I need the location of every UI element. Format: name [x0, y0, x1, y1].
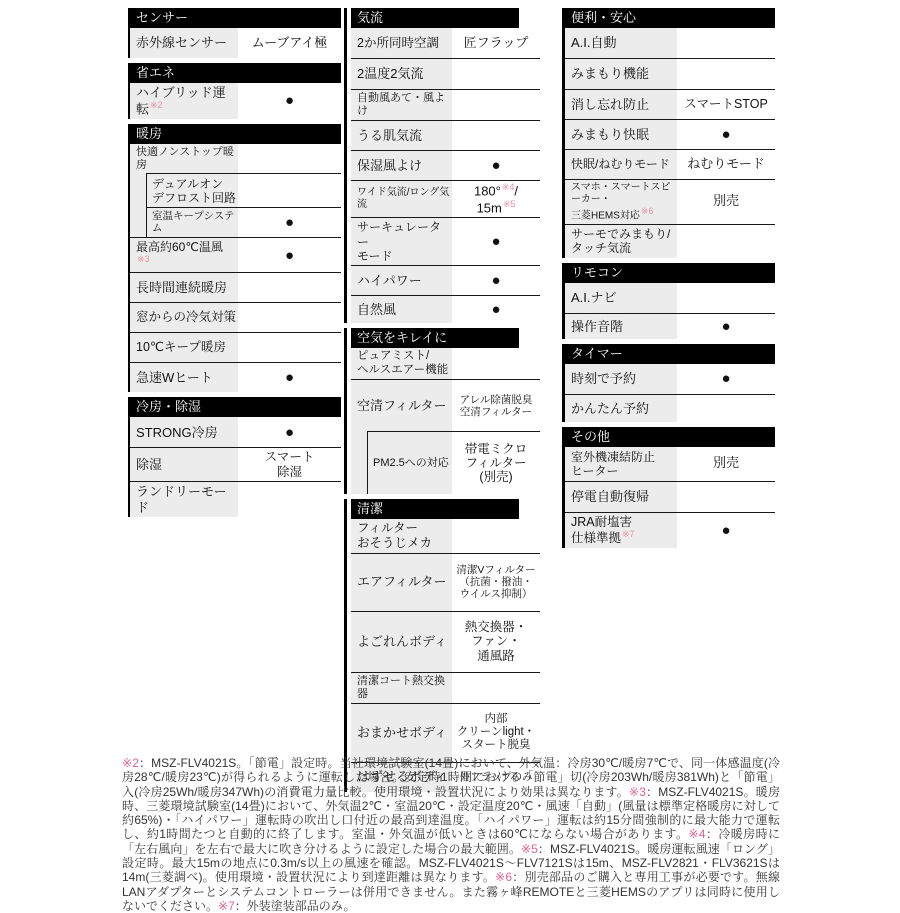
row-label: 急速Wヒート	[130, 363, 238, 392]
spec-row: 長時間連続暖房	[130, 273, 341, 303]
spec-row: ハイパワー●	[351, 266, 540, 296]
spec-row: 急速Wヒート●	[130, 363, 341, 392]
row-value	[677, 482, 775, 512]
spec-column-3: 便利・安心A.I.自動みまもり機能消し忘れ防止スマートSTOPみまもり快眠●快眠…	[562, 8, 775, 553]
spec-row: A.I.ナビ	[565, 283, 775, 314]
bullet-dot: ●	[677, 364, 775, 394]
spec-row: ランドリーモード	[130, 482, 341, 517]
row-label: サーキュレーター モード	[351, 218, 452, 264]
spec-table: 冷房・除湿STRONG冷房●除湿スマート 除湿ランドリーモード	[128, 397, 341, 517]
footnote-segment: ：外装塗装部品のみ。	[235, 899, 356, 913]
row-label: 快適ノンストップ暖房	[130, 144, 238, 174]
footnote-ref-mark: ※3	[629, 785, 646, 799]
row-label: 保湿風よけ	[351, 151, 452, 180]
section-header: リモコン	[565, 263, 775, 283]
bullet-dot: ●	[452, 266, 540, 295]
row-value	[238, 482, 341, 517]
bullet-dot: ●	[238, 208, 341, 237]
spec-row: おまかせボディ内部 クリーンlight・ スタート脱臭	[351, 704, 540, 763]
row-label: ランドリーモード	[130, 482, 238, 517]
spec-row: 自動風あて・風よけ	[351, 90, 540, 121]
footnote-ref-mark: ※5	[521, 842, 538, 856]
spec-row: 空清フィルターアレル除菌脱臭 空清フィルター	[351, 380, 540, 432]
row-label: サーモでみまもり/ タッチ気流	[565, 225, 677, 258]
bullet-dot: ●	[238, 363, 341, 392]
spec-row: 保湿風よけ●	[351, 151, 540, 181]
spec-column-1: センサー赤外線センサームーブアイ極省エネハイブリッド運転※2●暖房快適ノンストッ…	[128, 8, 341, 522]
spec-table: センサー赤外線センサームーブアイ極	[128, 8, 341, 58]
spec-row: 快適ノンストップ暖房	[130, 144, 341, 174]
spec-row: 室温キープシステム●	[130, 208, 341, 238]
ref-mark: ※3	[137, 254, 150, 264]
row-label: スマホ・スマートスピーカー・ 三菱HEMS対応※6	[565, 180, 677, 224]
row-value: 熱交換器・ ファン・ 通風路	[452, 612, 540, 672]
spec-row: サーキュレーター モード●	[351, 218, 540, 265]
bullet-dot: ●	[677, 513, 775, 549]
row-label: かんたん予約	[565, 395, 677, 422]
footnote-ref-mark: ※2	[122, 756, 139, 770]
spec-table: 清潔フィルター おそうじメカエアフィルター清潔Vフィルター （抗菌・撥油・ ウイ…	[344, 499, 540, 791]
row-label: JRA耐塩害 仕様準拠※7	[565, 513, 677, 549]
bullet-dot: ●	[452, 296, 540, 323]
bullet-dot: ●	[677, 314, 775, 339]
row-value	[452, 673, 540, 703]
spec-row: サーモでみまもり/ タッチ気流	[565, 225, 775, 258]
spec-row: 快眠/ねむりモードねむりモード	[565, 150, 775, 180]
row-value	[677, 283, 775, 313]
row-label: 操作音階	[565, 314, 677, 339]
row-value	[452, 59, 540, 89]
row-label: A.I.自動	[565, 28, 677, 58]
bullet-dot: ●	[452, 151, 540, 180]
spec-table: タイマー時刻で予約●かんたん予約	[562, 344, 775, 422]
row-label: 室温キープシステム	[130, 208, 238, 237]
section-header: 省エネ	[130, 63, 341, 83]
spec-row: エアフィルター清潔Vフィルター （抗菌・撥油・ ウイルス抑制）	[351, 554, 540, 612]
spec-row: ワイド気流/ロング気流180°※4/ 15m※5	[351, 181, 540, 219]
ref-mark: ※2	[150, 100, 163, 110]
bullet-dot: ●	[238, 83, 341, 119]
row-label: 2か所同時空調	[351, 28, 452, 58]
row-label: 10℃キープ暖房	[130, 333, 238, 362]
spec-row: 停電自動復帰	[565, 482, 775, 513]
row-label: うる肌気流	[351, 121, 452, 150]
spec-table: その他室外機凍結防止 ヒーター別売停電自動復帰JRA耐塩害 仕様準拠※7●	[562, 427, 775, 549]
row-label: みまもり快眠	[565, 120, 677, 149]
row-label: 窓からの冷気対策	[130, 303, 238, 332]
section-header: 冷房・除湿	[130, 397, 341, 417]
footnote-text: ※2：MSZ-FLV4021S。「節電」設定時。当社環境試験室(14畳)において…	[122, 756, 780, 913]
row-label: よごれんボディ	[351, 612, 452, 672]
row-value	[452, 121, 540, 150]
row-label: 2温度2気流	[351, 59, 452, 89]
row-value	[238, 303, 341, 332]
row-label: A.I.ナビ	[565, 283, 677, 313]
spec-row: ピュアミスト/ ヘルスエアー機能	[351, 348, 540, 380]
row-label: 赤外線センサー	[130, 28, 238, 58]
row-value: 内部 クリーンlight・ スタート脱臭	[452, 704, 540, 762]
row-label: 除湿	[130, 448, 238, 481]
row-label: ハイブリッド運転※2	[130, 83, 238, 119]
section-header: タイマー	[565, 344, 775, 364]
row-label: 消し忘れ防止	[565, 90, 677, 119]
footnotes: ※2：MSZ-FLV4021S。「節電」設定時。当社環境試験室(14畳)において…	[122, 756, 780, 913]
row-value	[238, 144, 341, 174]
spec-row: 時刻で予約●	[565, 364, 775, 395]
row-label: 時刻で予約	[565, 364, 677, 394]
row-label: 自然風	[351, 296, 452, 323]
row-label: 清潔コート熱交換器	[351, 673, 452, 703]
footnote-ref-mark: ※6	[495, 870, 512, 884]
section-header: 清潔	[351, 499, 519, 519]
row-value	[238, 273, 341, 302]
section-header: 便利・安心	[565, 8, 775, 28]
ref-mark: ※7	[622, 529, 635, 539]
spec-row: JRA耐塩害 仕様準拠※7●	[565, 513, 775, 549]
spec-row: ハイブリッド運転※2●	[130, 83, 341, 119]
spec-table: リモコンA.I.ナビ操作音階●	[562, 263, 775, 339]
spec-row: PM2.5への対応帯電ミクロ フィルター (別売)	[351, 432, 540, 494]
spec-table: 空気をキレイにピュアミスト/ ヘルスエアー機能空清フィルターアレル除菌脱臭 空清…	[344, 328, 540, 494]
section-header: 気流	[351, 8, 519, 28]
footnote-ref-mark: ※7	[218, 899, 235, 913]
row-label: 室外機凍結防止 ヒーター	[565, 447, 677, 481]
row-label: 停電自動復帰	[565, 482, 677, 512]
row-value: スマートSTOP	[677, 90, 775, 119]
row-label: 快眠/ねむりモード	[565, 150, 677, 179]
spec-row: 2温度2気流	[351, 59, 540, 90]
footnote-ref-mark: ※4	[688, 827, 705, 841]
spec-table: 省エネハイブリッド運転※2●	[128, 63, 341, 119]
spec-row: A.I.自動	[565, 28, 775, 59]
section-header: その他	[565, 427, 775, 447]
spec-row: よごれんボディ熱交換器・ ファン・ 通風路	[351, 612, 540, 673]
ref-mark: ※6	[641, 206, 654, 216]
row-value: 清潔Vフィルター （抗菌・撥油・ ウイルス抑制）	[452, 554, 540, 611]
spec-row: 操作音階●	[565, 314, 775, 339]
spec-row: 除湿スマート 除湿	[130, 448, 341, 482]
spec-table: 暖房快適ノンストップ暖房デュアルオン デフロスト回路室温キープシステム●最高約6…	[128, 124, 341, 392]
row-value: 匠フラップ	[452, 28, 540, 58]
spec-row: 窓からの冷気対策	[130, 303, 341, 333]
spec-row: 消し忘れ防止スマートSTOP	[565, 90, 775, 120]
bullet-dot: ●	[238, 417, 341, 447]
row-value: 帯電ミクロ フィルター (別売)	[452, 432, 540, 494]
row-value: 180°※4/ 15m※5	[452, 181, 540, 218]
row-value	[677, 28, 775, 58]
row-value	[452, 348, 540, 379]
row-label: エアフィルター	[351, 554, 452, 611]
row-value	[452, 90, 540, 120]
spec-row: 赤外線センサームーブアイ極	[130, 28, 341, 58]
spec-row: みまもり機能	[565, 59, 775, 90]
row-label: ピュアミスト/ ヘルスエアー機能	[351, 348, 452, 379]
row-value: アレル除菌脱臭 空清フィルター	[452, 380, 540, 432]
row-label: 長時間連続暖房	[130, 273, 238, 302]
spec-row: 室外機凍結防止 ヒーター別売	[565, 447, 775, 482]
spec-row: 自然風●	[351, 296, 540, 323]
spec-row: 2か所同時空調匠フラップ	[351, 28, 540, 59]
spec-row: 最高約60℃温風※3●	[130, 238, 341, 273]
spec-table: 便利・安心A.I.自動みまもり機能消し忘れ防止スマートSTOPみまもり快眠●快眠…	[562, 8, 775, 258]
row-value: 別売	[677, 447, 775, 481]
row-label: ワイド気流/ロング気流	[351, 181, 452, 218]
row-value	[238, 174, 341, 208]
spec-row: STRONG冷房●	[130, 417, 341, 448]
spec-row: 10℃キープ暖房	[130, 333, 341, 363]
spec-row: かんたん予約	[565, 395, 775, 422]
row-label: フィルター おそうじメカ	[351, 519, 452, 553]
row-label: みまもり機能	[565, 59, 677, 89]
spec-row: スマホ・スマートスピーカー・ 三菱HEMS対応※6別売	[565, 180, 775, 225]
row-value: スマート 除湿	[238, 448, 341, 481]
section-header: センサー	[130, 8, 341, 28]
spec-row: フィルター おそうじメカ	[351, 519, 540, 554]
row-label: STRONG冷房	[130, 417, 238, 447]
row-label: 最高約60℃温風※3	[130, 238, 238, 272]
row-value: 別売	[677, 180, 775, 224]
row-value	[677, 395, 775, 422]
section-header: 空気をキレイに	[351, 328, 519, 348]
row-label: PM2.5への対応	[351, 432, 452, 494]
row-label: 空清フィルター	[351, 380, 452, 432]
row-label: 自動風あて・風よけ	[351, 90, 452, 120]
row-label: ハイパワー	[351, 266, 452, 295]
spec-row: みまもり快眠●	[565, 120, 775, 150]
spec-row: 清潔コート熱交換器	[351, 673, 540, 704]
row-value	[238, 333, 341, 362]
bullet-dot: ●	[677, 120, 775, 149]
spec-row: うる肌気流	[351, 121, 540, 151]
row-value	[677, 225, 775, 258]
row-value: ねむりモード	[677, 150, 775, 179]
row-value	[452, 519, 540, 553]
spec-table: 気流2か所同時空調匠フラップ2温度2気流自動風あて・風よけうる肌気流保湿風よけ●…	[344, 8, 540, 323]
bullet-dot: ●	[238, 238, 341, 272]
row-label: おまかせボディ	[351, 704, 452, 762]
section-header: 暖房	[130, 124, 341, 144]
spec-row: デュアルオン デフロスト回路	[130, 174, 341, 208]
bullet-dot: ●	[452, 218, 540, 264]
row-value	[677, 59, 775, 89]
spec-column-2: 気流2か所同時空調匠フラップ2温度2気流自動風あて・風よけうる肌気流保湿風よけ●…	[344, 8, 540, 797]
row-value: ムーブアイ極	[238, 28, 341, 58]
row-label: デュアルオン デフロスト回路	[130, 174, 238, 208]
